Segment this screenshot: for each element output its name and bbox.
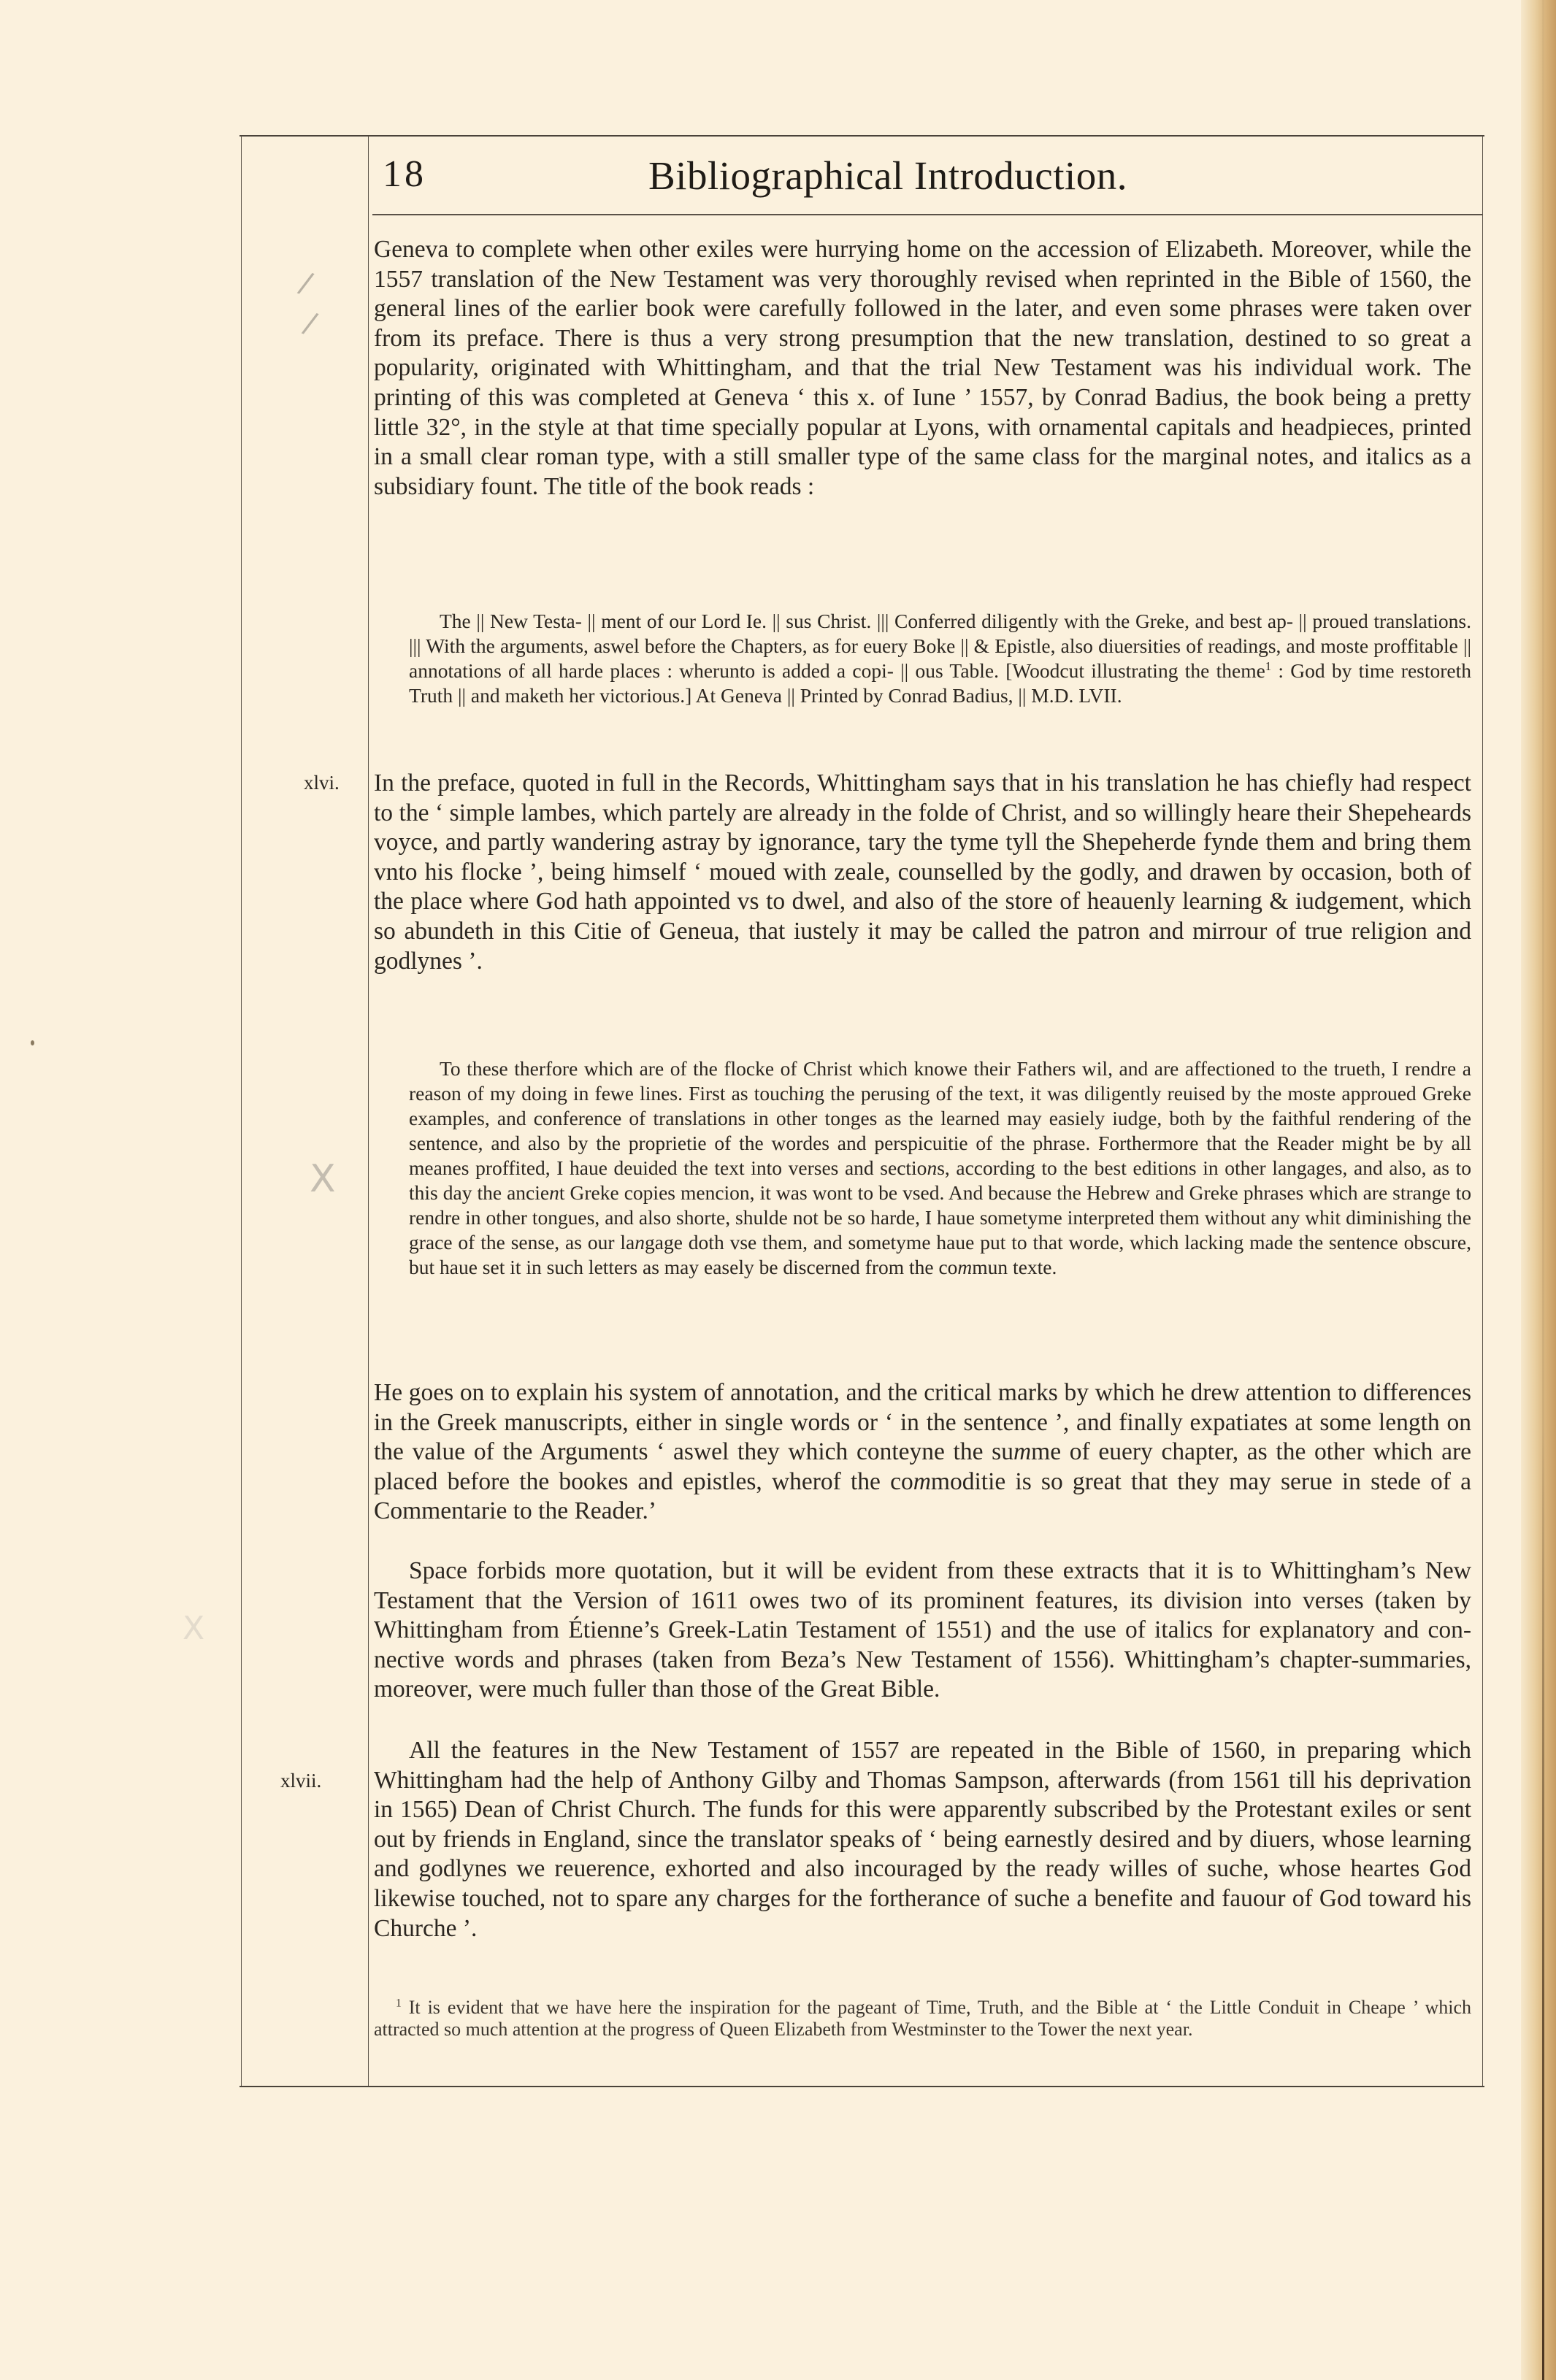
- header-rule: [372, 214, 1482, 215]
- body-paragraph: He goes on to explain his system of anno…: [374, 1378, 1471, 1527]
- preface-quote-block: To these therfore which are of the flock…: [409, 1056, 1471, 1280]
- paragraph-2-block: In the preface, quoted in full in the Re…: [374, 769, 1471, 976]
- frame-top-rule: [239, 135, 1484, 137]
- footnote: 1 It is evident that we have here the in…: [374, 1997, 1471, 2041]
- dust-speck: [31, 1040, 34, 1045]
- paragraph-4-block: Space forbids more quotation, but it wil…: [374, 1556, 1471, 1705]
- italic-letter: n: [927, 1156, 937, 1179]
- running-head: 18 Bibliographical Introduction.: [380, 150, 1475, 208]
- italic-letter: n: [804, 1082, 814, 1105]
- paragraph-3-block: He goes on to explain his system of anno…: [374, 1378, 1471, 1527]
- body-paragraph: Space forbids more quotation, but it wil…: [374, 1556, 1471, 1705]
- italic-letter: n: [549, 1181, 559, 1204]
- block-quote: To these therfore which are of the flock…: [409, 1056, 1471, 1280]
- italic-letter: m: [913, 1468, 931, 1495]
- page-title: Bibliographical Introduction.: [648, 153, 1127, 199]
- block-quote: The || New Testa- || ment of our Lord Ie…: [409, 609, 1471, 708]
- footnote-reference: 1: [1265, 659, 1271, 673]
- paragraph-1-block: Geneva to complete when other exiles wer…: [374, 235, 1471, 502]
- pencil-tick-mark: ∕: [300, 306, 321, 341]
- footnote-text: It is evident that we have here the insp…: [374, 1997, 1471, 2040]
- pencil-tick-mark: ∕: [296, 266, 316, 301]
- pencil-cross-mark: X: [310, 1157, 336, 1201]
- italic-letter: m: [957, 1256, 972, 1278]
- pencil-cross-mark: X: [183, 1610, 204, 1647]
- title-quote-block: The || New Testa- || ment of our Lord Ie…: [409, 609, 1471, 708]
- book-page-edge: [1521, 0, 1556, 2380]
- page-number: 18: [383, 153, 426, 196]
- margin-divider-rule: [368, 136, 369, 2087]
- body-paragraph: Geneva to complete when other exiles wer…: [374, 235, 1471, 502]
- margin-note-xlvi: xlvi.: [304, 772, 340, 794]
- body-paragraph: In the preface, quoted in full in the Re…: [374, 769, 1471, 976]
- body-paragraph: All the features in the New Testament of…: [374, 1736, 1471, 1943]
- paragraph-5-block: All the features in the New Testament of…: [374, 1736, 1471, 1943]
- margin-note-xlvii: xlvii.: [280, 1770, 321, 1792]
- italic-letter: n: [635, 1231, 645, 1254]
- frame-bottom-rule: [239, 2086, 1484, 2087]
- footnote-block: 1 It is evident that we have here the in…: [374, 1997, 1471, 2041]
- italic-letter: m: [1013, 1438, 1031, 1465]
- frame-left-rule: [241, 136, 242, 2087]
- quote-text: mun texte.: [972, 1256, 1057, 1278]
- frame-right-rule: [1482, 136, 1483, 2087]
- book-gutter-shadow: [1542, 0, 1544, 2380]
- footnote-marker: 1: [396, 1997, 402, 2009]
